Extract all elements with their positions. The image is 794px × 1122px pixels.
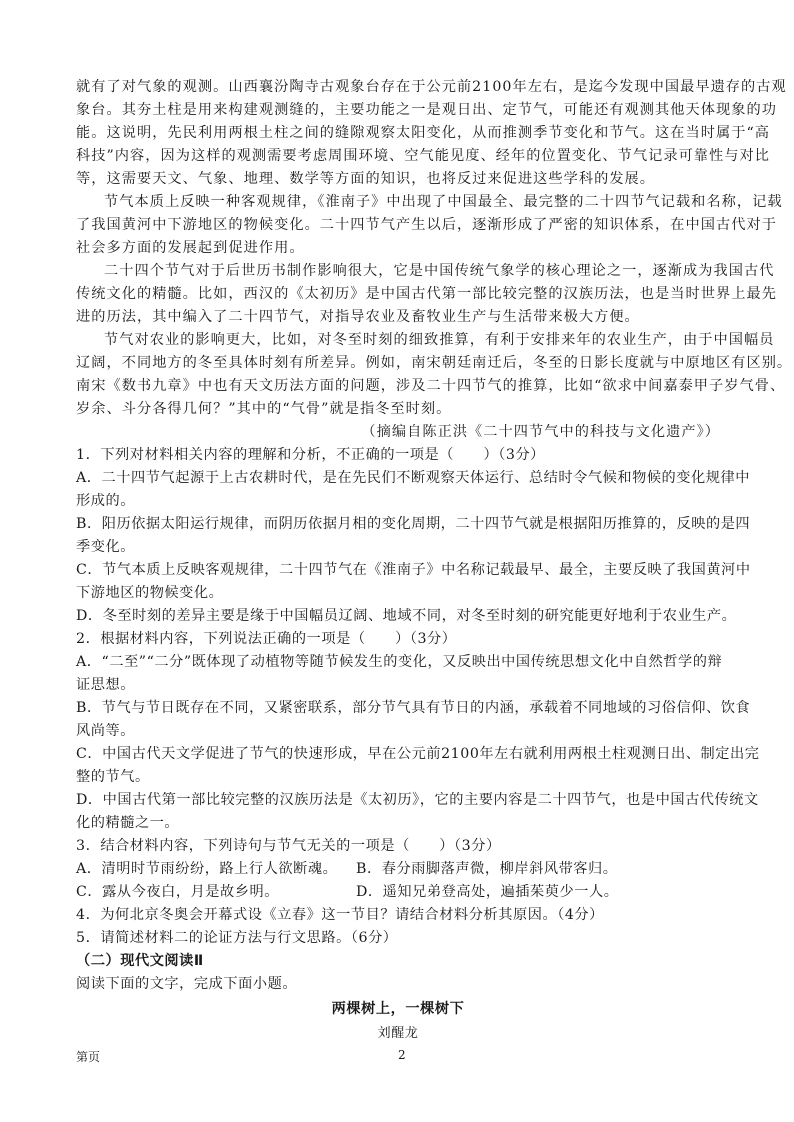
text-line: 岁余、斗分各得几何？”其中的“气骨”就是指冬至时刻。 xyxy=(76,398,720,421)
option-d: D．冬至时刻的差异主要是缘于中国幅员辽阔、地域不同，对冬至时刻的研究能更好地利于… xyxy=(76,605,720,628)
text-line: 辽阔，不同地方的冬至具体时刻有所差异。例如，南宋朝廷南迁后，冬至的日影长度就与中… xyxy=(76,352,720,375)
question-2: 2．根据材料内容，下列说法正确的一项是（ ）（3分） A．“二至”“二分”既体现… xyxy=(76,628,720,835)
article-author: 刘醒龙 xyxy=(76,1022,720,1045)
text-line: 等，这需要天文、气象、地理、数学等方面的知识，也将反过来促进这些学科的发展。 xyxy=(76,168,720,191)
question-stem: 3．结合材料内容，下列诗句与节气无关的一项是（ ）（3分） xyxy=(76,835,720,858)
document-page: 就有了对气象的观测。山西襄汾陶寺古观象台存在于公元前2100年左右，是迄今发现中… xyxy=(76,76,720,1045)
option-b: B．春分雨脚落声微，柳岸斜风带客归。 xyxy=(356,858,720,881)
question-3: 3．结合材料内容，下列诗句与节气无关的一项是（ ）（3分） A．清明时节雨纷纷，… xyxy=(76,835,720,904)
reading-passage: 就有了对气象的观测。山西襄汾陶寺古观象台存在于公元前2100年左右，是迄今发现中… xyxy=(76,76,720,444)
footer-label: 第页 xyxy=(76,1048,100,1065)
page-number: 2 xyxy=(398,1048,406,1062)
question-5: 5．请简述材料二的论证方法与行文思路。（6分） xyxy=(76,927,720,950)
option-c-cont: 下游地区的物候变化。 xyxy=(76,582,720,605)
question-4: 4．为何北京冬奥会开幕式设《立春》这一节目？请结合材料分析其原因。（4分） xyxy=(76,904,720,927)
text-line: 节气本质上反映一种客观规律，《淮南子》中出现了中国最全、最完整的二十四节气记载和… xyxy=(76,191,720,214)
option-c-cont: 整的节气。 xyxy=(76,766,720,789)
option-d: D．遥知兄弟登高处，遍插茱萸少一人。 xyxy=(356,881,720,904)
option-b: B．节气与节日既存在不同，又紧密联系，部分节气具有节日的内涵，承载着不同地域的习… xyxy=(76,697,720,720)
text-line: 了我国黄河中下游地区的物候变化。二十四节气产生以后，逐渐形成了严密的知识体系，在… xyxy=(76,214,720,237)
option-c: C．露从今夜白，月是故乡明。 xyxy=(76,881,356,904)
text-line: 南宋《数书九章》中也有天文历法方面的问题，涉及二十四节气的推算，比如“欲求中间嘉… xyxy=(76,375,720,398)
option-b-cont: 风尚等。 xyxy=(76,720,720,743)
option-a: A．清明时节雨纷纷，路上行人欲断魂。 xyxy=(76,858,356,881)
option-a-cont: 证思想。 xyxy=(76,674,720,697)
text-line: 节气对农业的影响更大，比如，对冬至时刻的细致推算，有利于安排来年的农业生产，由于… xyxy=(76,329,720,352)
option-a: A．二十四节气起源于上古农耕时代，是在先民们不断观察天体运行、总结时令气候和物候… xyxy=(76,467,720,490)
option-d-cont: 化的精髓之一。 xyxy=(76,812,720,835)
option-c: C．节气本质上反映客观规律，二十四节气在《淮南子》中名称记载最早、最全，主要反映… xyxy=(76,559,720,582)
section-instruction: 阅读下面的文字，完成下面小题。 xyxy=(76,973,720,996)
section-heading: （二）现代文阅读Ⅱ xyxy=(76,950,720,973)
option-d: D．中国古代第一部比较完整的汉族历法是《太初历》，它的主要内容是二十四节气，也是… xyxy=(76,789,720,812)
question-1: 1．下列对材料相关内容的理解和分析，不正确的一项是（ ）（3分） A．二十四节气… xyxy=(76,444,720,628)
question-stem: 2．根据材料内容，下列说法正确的一项是（ ）（3分） xyxy=(76,628,720,651)
text-line: 社会多方面的发展起到促进作用。 xyxy=(76,237,720,260)
question-stem: 1．下列对材料相关内容的理解和分析，不正确的一项是（ ）（3分） xyxy=(76,444,720,467)
options-row: A．清明时节雨纷纷，路上行人欲断魂。 B．春分雨脚落声微，柳岸斜风带客归。 xyxy=(76,858,720,881)
text-line: 传统文化的精髓。比如，西汉的《太初历》是中国古代第一部比较完整的汉族历法，也是当… xyxy=(76,283,720,306)
text-line: 象台。其夯土柱是用来构建观测缝的，主要功能之一是观日出、定节气，可能还有观测其他… xyxy=(76,99,720,122)
article-title: 两棵树上，一棵树下 xyxy=(76,996,720,1022)
option-a: A．“二至”“二分”既体现了动植物等随节候发生的变化，又反映出中国传统思想文化中… xyxy=(76,651,720,674)
text-line: 进的历法，其中编入了二十四节气，对指导农业及畜牧业生产与生活带来极大方便。 xyxy=(76,306,720,329)
text-line: 科技”内容，因为这样的观测需要考虑周围环境、空气能见度、经年的位置变化、节气记录… xyxy=(76,145,720,168)
option-c: C．中国古代天文学促进了节气的快速形成，早在公元前2100年左右就利用两根土柱观… xyxy=(76,743,720,766)
passage-source: （摘编自陈正洪《二十四节气中的科技与文化遗产》） xyxy=(76,421,720,444)
option-b-cont: 季变化。 xyxy=(76,536,720,559)
text-line: 就有了对气象的观测。山西襄汾陶寺古观象台存在于公元前2100年左右，是迄今发现中… xyxy=(76,76,720,99)
options-row: C．露从今夜白，月是故乡明。 D．遥知兄弟登高处，遍插茱萸少一人。 xyxy=(76,881,720,904)
option-a-cont: 形成的。 xyxy=(76,490,720,513)
text-line: 二十四个节气对于后世历书制作影响很大，它是中国传统气象学的核心理论之一，逐渐成为… xyxy=(76,260,720,283)
option-b: B．阳历依据太阳运行规律，而阴历依据月相的变化周期，二十四节气就是根据阳历推算的… xyxy=(76,513,720,536)
text-line: 能。这说明，先民利用两根土柱之间的缝隙观察太阳变化，从而推测季节变化和节气。这在… xyxy=(76,122,720,145)
